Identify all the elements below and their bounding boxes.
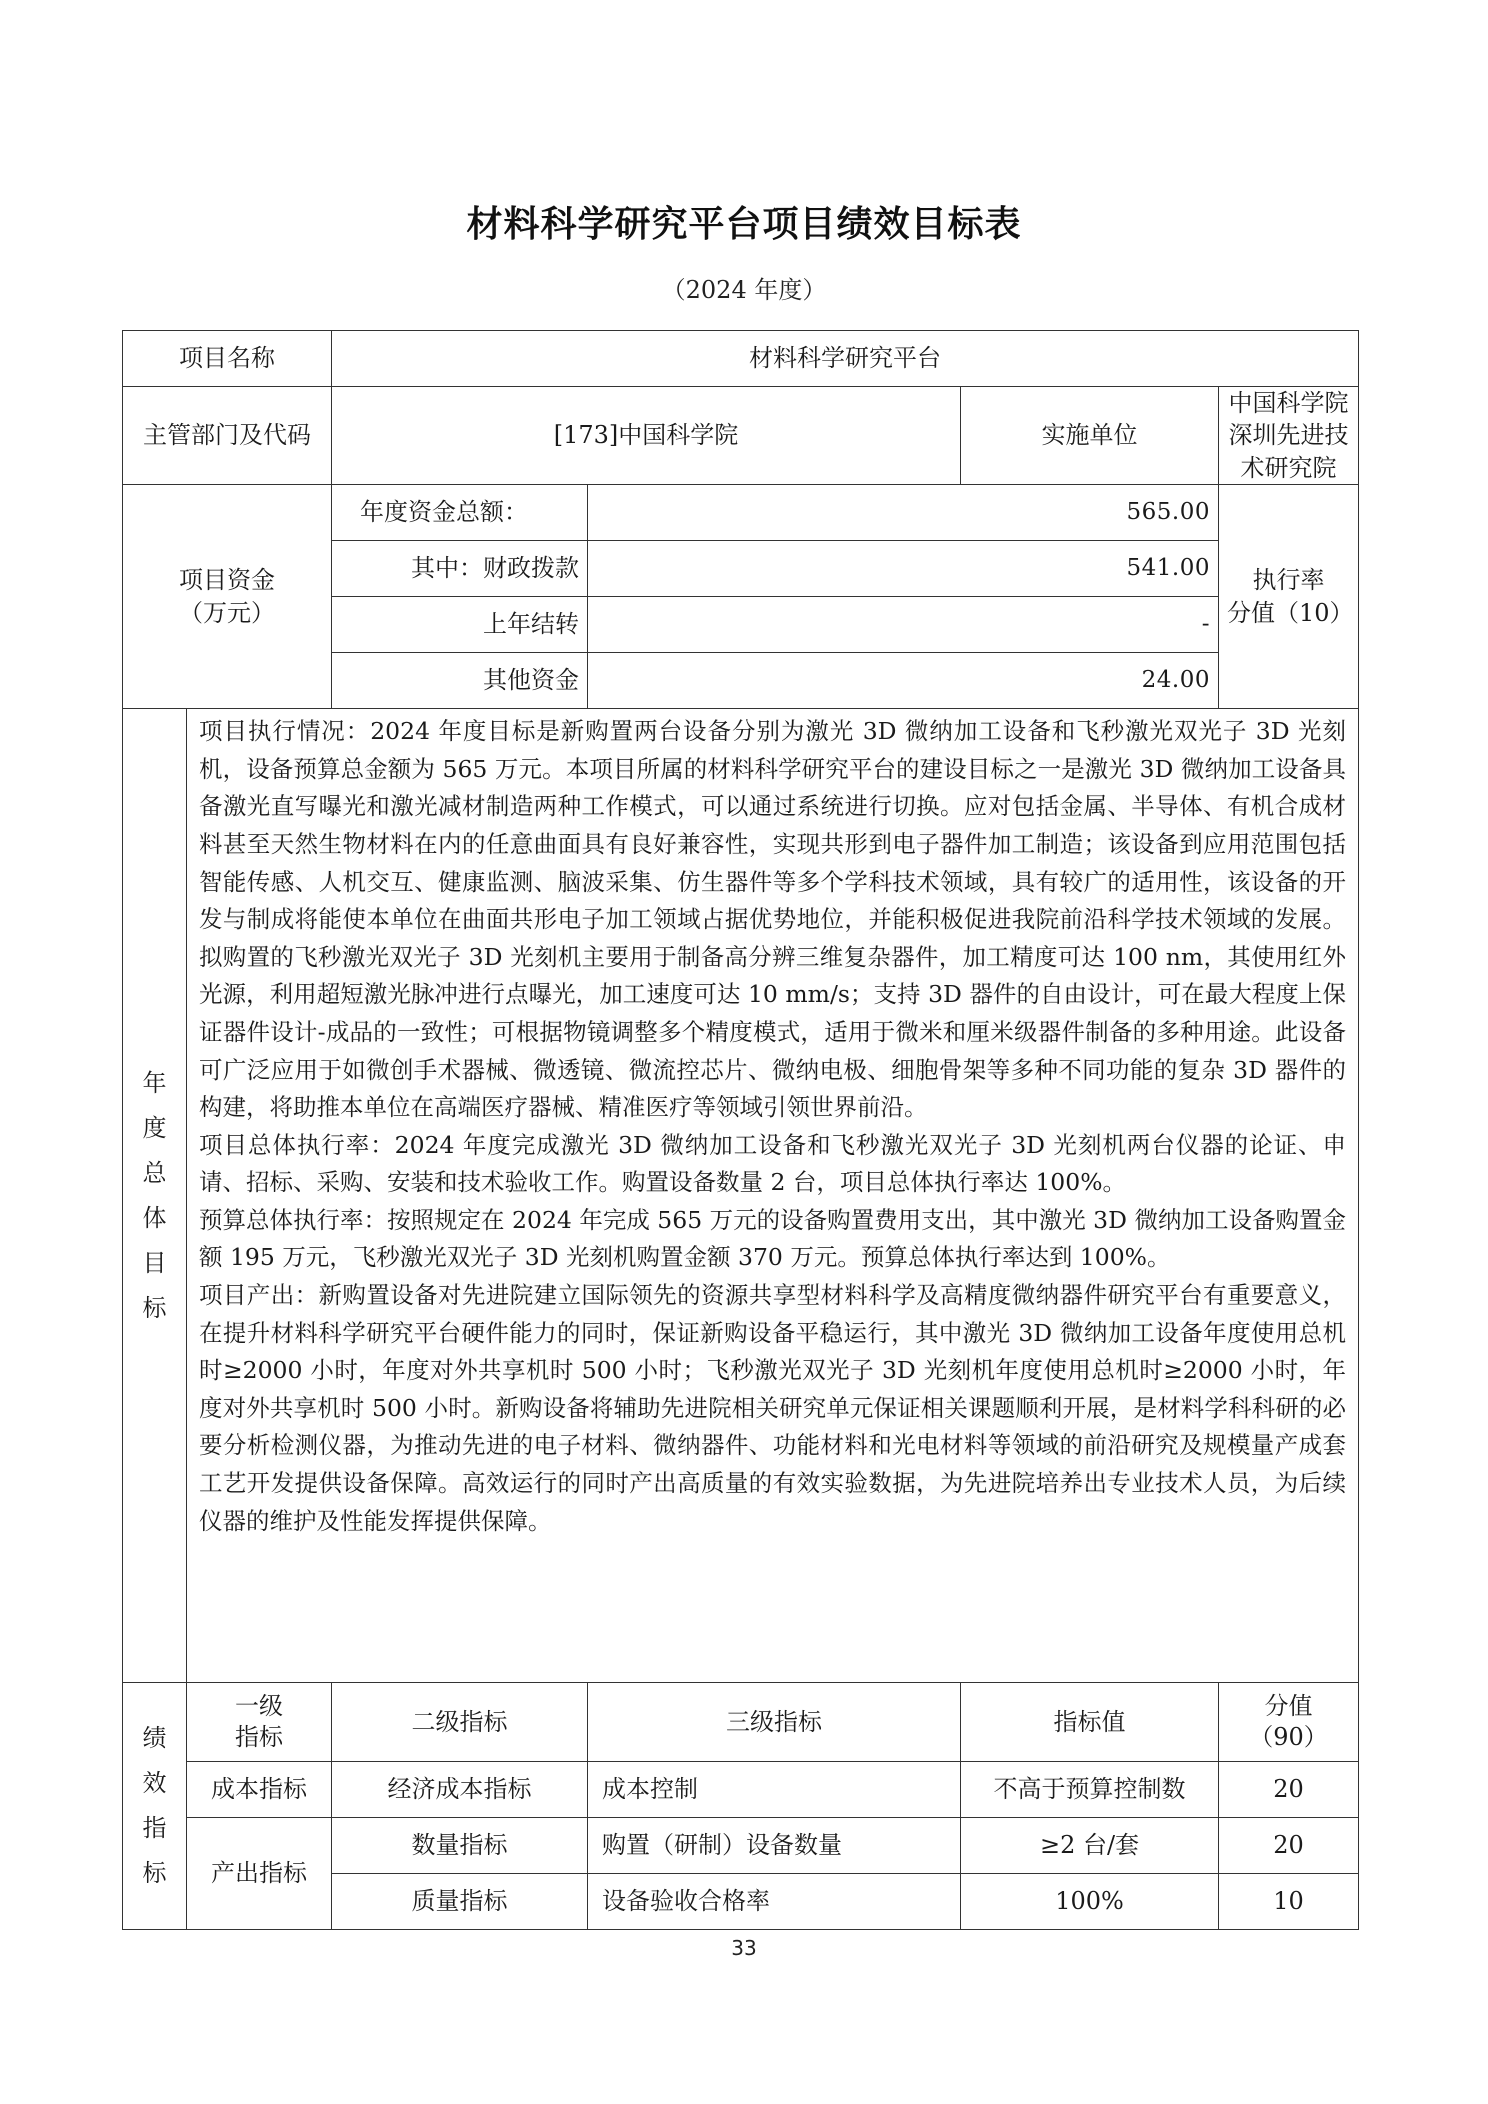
page-title: 材料科学研究平台项目绩效目标表: [0, 196, 1488, 247]
implementing-unit-label: 实施单位: [961, 387, 1219, 485]
page-number: 33: [0, 1936, 1488, 1960]
annual-goal-label: 年 度 总 体 目 标: [123, 709, 187, 1683]
project-name-value: 材料科学研究平台: [332, 331, 1359, 387]
funding-label-line2: （万元）: [131, 597, 323, 629]
goal-paragraph-execution: 项目执行情况：2024 年度目标是新购置两台设备分别为激光 3D 微纳加工设备和…: [199, 713, 1346, 1127]
funding-total-value: 565.00: [588, 485, 1219, 541]
execution-rate-score: 执行率 分值（10）: [1219, 485, 1359, 709]
implementing-unit-value: 中国科学院深圳先进技术研究院: [1219, 387, 1359, 485]
annual-goal-text: 项目执行情况：2024 年度目标是新购置两台设备分别为激光 3D 微纳加工设备和…: [187, 709, 1359, 1683]
performance-goal-table: 项目名称 材料科学研究平台 主管部门及代码 [173]中国科学院 实施单位 中国…: [122, 330, 1359, 1930]
funding-label: 项目资金 （万元）: [123, 485, 332, 709]
department-row: 主管部门及代码 [173]中国科学院 实施单位 中国科学院深圳先进技术研究院: [123, 387, 1359, 485]
indicator-header-row: 绩 效 指 标 一级 指标 二级指标 三级指标 指标值 分值 （90）: [123, 1683, 1359, 1762]
header-level2: 二级指标: [332, 1683, 588, 1762]
header-score: 分值 （90）: [1219, 1683, 1359, 1762]
funding-total-label: 年度资金总额：: [332, 485, 588, 541]
execution-rate-line1: 执行率: [1227, 564, 1350, 596]
indicator-value: ≥2 台/套: [961, 1818, 1219, 1874]
funding-fiscal-label: 其中：财政拨款: [332, 541, 588, 597]
page-subtitle: （2024 年度）: [0, 270, 1488, 305]
header-value: 指标值: [961, 1683, 1219, 1762]
goal-paragraph-project-rate: 项目总体执行率：2024 年度完成激光 3D 微纳加工设备和飞秒激光双光子 3D…: [199, 1127, 1346, 1202]
goal-paragraph-budget-rate: 预算总体执行率：按照规定在 2024 年完成 565 万元的设备购置费用支出，其…: [199, 1202, 1346, 1277]
execution-rate-line2: 分值（10）: [1227, 597, 1350, 629]
indicator-level2: 数量指标: [332, 1818, 588, 1874]
goal-paragraph-output: 项目产出：新购置设备对先进院建立国际领先的资源共享型材料科学及高精度微纳器件研究…: [199, 1277, 1346, 1540]
project-name-row: 项目名称 材料科学研究平台: [123, 331, 1359, 387]
performance-indicator-label: 绩 效 指 标: [123, 1683, 187, 1930]
funding-row-total: 项目资金 （万元） 年度资金总额： 565.00 执行率 分值（10）: [123, 485, 1359, 541]
department-value: [173]中国科学院: [332, 387, 961, 485]
indicator-level3: 设备验收合格率: [588, 1874, 961, 1930]
project-name-label: 项目名称: [123, 331, 332, 387]
department-label: 主管部门及代码: [123, 387, 332, 485]
funding-other-value: 24.00: [588, 653, 1219, 709]
indicator-level1: 产出指标: [187, 1818, 332, 1930]
indicator-level3: 购置（研制）设备数量: [588, 1818, 961, 1874]
indicator-level1: 成本指标: [187, 1762, 332, 1818]
funding-other-label: 其他资金: [332, 653, 588, 709]
indicator-score: 20: [1219, 1762, 1359, 1818]
indicator-score: 20: [1219, 1818, 1359, 1874]
indicator-value: 100%: [961, 1874, 1219, 1930]
indicator-score: 10: [1219, 1874, 1359, 1930]
header-level3: 三级指标: [588, 1683, 961, 1762]
indicator-value: 不高于预算控制数: [961, 1762, 1219, 1818]
indicator-row: 成本指标 经济成本指标 成本控制 不高于预算控制数 20: [123, 1762, 1359, 1818]
indicator-row: 产出指标 数量指标 购置（研制）设备数量 ≥2 台/套 20: [123, 1818, 1359, 1874]
annual-goal-row: 年 度 总 体 目 标 项目执行情况：2024 年度目标是新购置两台设备分别为激…: [123, 709, 1359, 1683]
funding-fiscal-value: 541.00: [588, 541, 1219, 597]
indicator-level3: 成本控制: [588, 1762, 961, 1818]
funding-carryover-value: -: [588, 597, 1219, 653]
indicator-level2: 经济成本指标: [332, 1762, 588, 1818]
indicator-level2: 质量指标: [332, 1874, 588, 1930]
header-level1: 一级 指标: [187, 1683, 332, 1762]
funding-label-line1: 项目资金: [131, 564, 323, 596]
funding-carryover-label: 上年结转: [332, 597, 588, 653]
